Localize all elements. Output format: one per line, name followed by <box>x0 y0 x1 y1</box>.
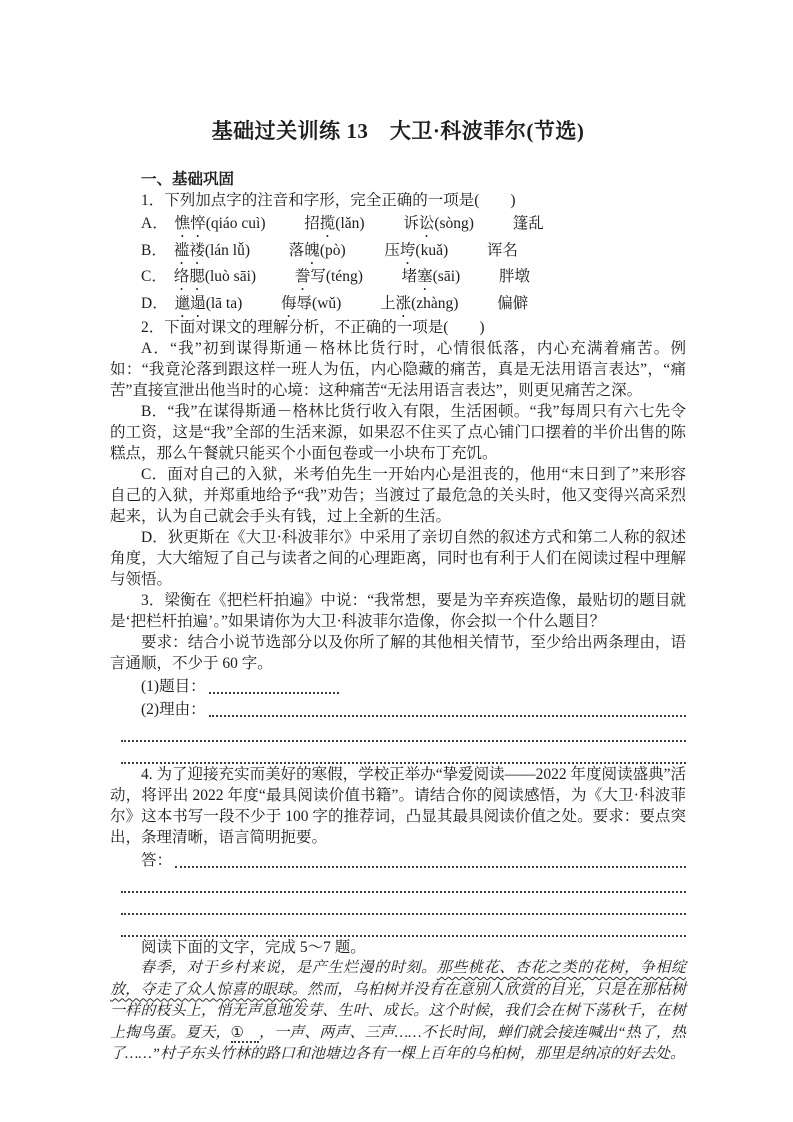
q1-options: A．憔悴(qiáo cuì)招揽(lǎn)诉讼(sòng)篷乱B．褴褛(lán … <box>110 211 686 317</box>
term-text: 堵 <box>402 268 418 285</box>
q2-stem: 2．下面对课文的理解分析，不正确的一项是( ) <box>110 317 686 338</box>
answer-line <box>121 720 686 742</box>
emphasized-chars: 憔悴 <box>175 215 206 232</box>
word-term: 上涨(zhàng) <box>380 295 458 312</box>
term-text: 胖墩 <box>499 268 530 285</box>
emphasized-chars: 垮 <box>400 242 416 259</box>
q4-answer-row: 答： <box>110 848 686 871</box>
word-term: 络腮(luò sāi) <box>174 268 256 285</box>
q3-title-blank-row: (1)题目： <box>110 674 686 697</box>
q4-extra-answer-lines <box>110 871 686 937</box>
option-label: A． <box>141 215 168 232</box>
word-term: 邋遢(lā ta) <box>175 295 243 312</box>
answer-line <box>121 871 686 893</box>
section-heading: 一、基础巩固 <box>110 169 686 190</box>
word-term: 堵塞(sāi) <box>402 268 461 285</box>
word-term: 褴褛(lán lǚ) <box>174 242 250 259</box>
answer-line <box>121 915 686 937</box>
term-text: (pò) <box>320 242 346 259</box>
term-text: (qiáo cuì) <box>206 215 266 232</box>
q2-option-paragraph: C．面对自己的入狱，米考伯先生一开始内心是沮丧的，他用“末日到了”来形容自己的入… <box>110 464 686 527</box>
page-title: 基础过关训练 13 大卫·科波菲尔(节选) <box>110 118 686 144</box>
emphasized-chars: 侮 <box>281 295 297 312</box>
term-text: (luò sāi) <box>205 268 256 285</box>
word-term: 偏僻 <box>497 295 528 312</box>
word-term: 篷乱 <box>513 215 544 232</box>
q3-reason-label: (2)理由： <box>141 699 206 720</box>
term-text: 压 <box>384 242 400 259</box>
emphasized-chars: 褴褛 <box>174 242 205 259</box>
worksheet-page: 基础过关训练 13 大卫·科波菲尔(节选) 一、基础巩固 1．下列加点字的注音和… <box>0 0 793 1122</box>
option-label: C． <box>141 268 167 285</box>
word-term: 诉讼(sòng) <box>403 215 474 232</box>
term-text: (zhàng) <box>411 295 458 312</box>
q3-requirement: 要求：结合小说节选部分以及你所了解的其他相关情节，至少给出两条理由，语言通顺，不… <box>110 632 686 674</box>
word-term: 压垮(kuǎ) <box>384 242 448 259</box>
answer-line <box>121 893 686 915</box>
emphasized-chars: 塞 <box>417 268 433 285</box>
term-text: 招 <box>304 215 320 232</box>
q4-answer-label: 答： <box>141 850 172 871</box>
passage-text: 春季，对于乡村来说，是产生烂漫的时刻。 <box>140 960 437 976</box>
q3-title-label: (1)题目： <box>141 676 206 697</box>
term-text: (lǎn) <box>335 215 364 232</box>
answer-line <box>209 715 686 717</box>
q4-stem: 4. 为了迎接充实而美好的寒假，学校正举办“挚爱阅读——2022 年度阅读盛典”… <box>110 764 686 848</box>
q2-options: A．“我”初到谋得斯通－格林比货行时，心情很低落，内心充满着痛苦。例如：“我竟沦… <box>110 338 686 590</box>
q3-reason-blank-row: (2)理由： <box>110 697 686 720</box>
emphasized-chars: 讼 <box>419 215 435 232</box>
term-text: (wǔ) <box>312 295 341 312</box>
term-text: 诨名 <box>487 242 518 259</box>
term-text: (lán lǚ) <box>205 242 250 259</box>
term-text: 辱 <box>297 295 313 312</box>
answer-line <box>121 742 686 764</box>
word-term: 胖墩 <box>499 268 530 285</box>
q1-stem: 1．下列加点字的注音和字形，完全正确的一项是( ) <box>110 190 686 211</box>
term-text: (sòng) <box>434 215 474 232</box>
word-term: 落魄(pò) <box>289 242 346 259</box>
emphasized-chars: 邋遢 <box>175 295 206 312</box>
term-text: 落 <box>289 242 305 259</box>
reading-intro: 阅读下面的文字，完成 5～7 题。 <box>110 937 686 958</box>
term-text: 偏僻 <box>497 295 528 312</box>
word-term: 憔悴(qiáo cuì) <box>175 215 266 232</box>
term-text: (lā ta) <box>206 295 243 312</box>
q3-stem: 3．梁衡在《把栏杆拍遍》中说：“我常想，要是为辛弃疾造像，最贴切的题目就是‘把栏… <box>110 590 686 632</box>
option-label: B． <box>141 242 167 259</box>
emphasized-chars: 誊 <box>295 268 311 285</box>
q1-option-row: A．憔悴(qiáo cuì)招揽(lǎn)诉讼(sòng)篷乱 <box>110 211 686 238</box>
q2-option-paragraph: A．“我”初到谋得斯通－格林比货行时，心情很低落，内心充满着痛苦。例如：“我竟沦… <box>110 338 686 401</box>
emphasized-chars: 涨 <box>396 295 412 312</box>
q2-option-paragraph: D．狄更斯在《大卫·科波菲尔》中采用了亲切自然的叙述方式和第二人称的叙述角度，大… <box>110 527 686 590</box>
word-term: 诨名 <box>487 242 518 259</box>
word-term: 招揽(lǎn) <box>304 215 364 232</box>
option-label: D． <box>141 295 168 312</box>
term-text: (téng) <box>326 268 363 285</box>
reading-passage: 春季，对于乡村来说，是产生烂漫的时刻。那些桃花、杏花之类的花树，争相绽放，夺走了… <box>110 958 686 1066</box>
q1-option-row: B．褴褛(lán lǚ)落魄(pò)压垮(kuǎ)诨名 <box>110 238 686 265</box>
term-text: 写 <box>310 268 326 285</box>
q2-option-paragraph: B．“我”在谋得斯通－格林比货行收入有限，生活困顿。“我”每周只有六七先令的工资… <box>110 401 686 464</box>
answer-line <box>209 692 339 694</box>
word-term: 誊写(téng) <box>295 268 363 285</box>
q3-extra-answer-lines <box>110 720 686 764</box>
answer-line <box>175 866 686 868</box>
emphasized-chars: 络腮 <box>174 268 205 285</box>
term-text: 篷乱 <box>513 215 544 232</box>
q1-option-row: D．邋遢(lā ta)侮辱(wǔ)上涨(zhàng)偏僻 <box>110 291 686 318</box>
term-text: 上 <box>380 295 396 312</box>
emphasized-chars: 魄 <box>304 242 320 259</box>
term-text: 诉 <box>403 215 419 232</box>
emphasized-chars: 揽 <box>320 215 336 232</box>
term-text: (sāi) <box>433 268 461 285</box>
term-text: (kuǎ) <box>415 242 448 259</box>
q1-option-row: C．络腮(luò sāi)誊写(téng)堵塞(sāi)胖墩 <box>110 264 686 291</box>
word-term: 侮辱(wǔ) <box>281 295 341 312</box>
numbered-blank: ① <box>231 1025 260 1043</box>
